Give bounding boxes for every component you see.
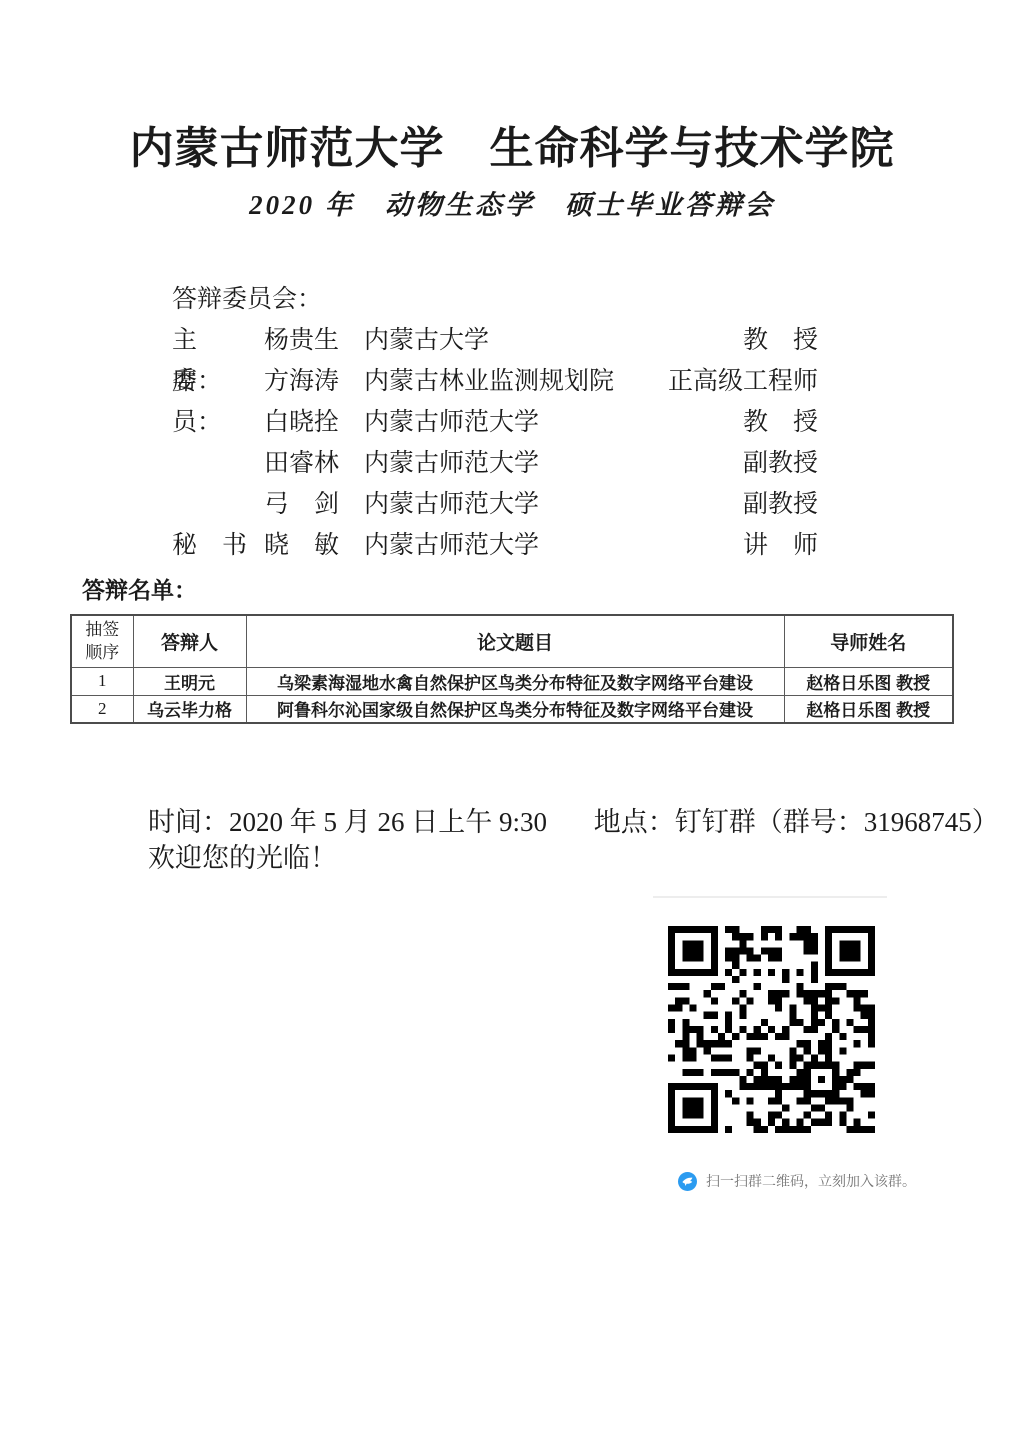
schedule-time: 时间：2020 年 5 月 26 日上午 9:30 (148, 807, 547, 837)
member-name: 弓 剑 (264, 484, 364, 525)
member-role: 委 员： (172, 361, 264, 402)
committee-row: 主 席： 杨贵生 内蒙古大学 教 授 (172, 320, 818, 361)
member-affiliation: 内蒙古师范大学 (364, 402, 614, 443)
cell-thesis-title: 阿鲁科尔沁国家级自然保护区鸟类分布特征及数字网络平台建设 (246, 695, 784, 723)
qr-caption-text: 扫一扫群二维码，立刻加入该群。 (706, 1171, 916, 1191)
welcome-line: 欢迎您的光临！ (148, 840, 337, 876)
roster-header-row: 抽签顺序 答辩人 论文题目 导师姓名 (71, 615, 953, 667)
member-role: 秘 书 (172, 525, 264, 566)
defense-announcement-page: 内蒙古师范大学 生命科学与技术学院 2020 年 动物生态学 硕士毕业答辩会 答… (0, 0, 1024, 1448)
committee-row: 白晓拴 内蒙古师范大学 教 授 (172, 402, 818, 443)
qr-caption-row: 扫一扫群二维码，立刻加入该群。 (678, 1171, 916, 1191)
cell-supervisor: 赵格日乐图 教授 (784, 667, 953, 695)
member-title: 教 授 (614, 402, 818, 443)
schedule-place: 地点：钉钉群（群号：31968745） (594, 807, 999, 837)
member-name: 方海涛 (264, 361, 364, 402)
roster-heading: 答辩名单： (82, 572, 197, 605)
member-affiliation: 内蒙古林业监测规划院 (364, 361, 614, 402)
cell-defender: 乌云毕力格 (133, 695, 246, 723)
member-title: 副教授 (614, 484, 818, 525)
table-row: 1 王明元 乌梁素海湿地水禽自然保护区鸟类分布特征及数字网络平台建设 赵格日乐图… (71, 667, 953, 695)
cell-thesis-title: 乌梁素海湿地水禽自然保护区鸟类分布特征及数字网络平台建设 (246, 667, 784, 695)
member-name: 白晓拴 (264, 402, 364, 443)
member-title: 教 授 (614, 320, 818, 361)
dingtalk-icon (678, 1172, 697, 1191)
committee-section: 答辩委员会： 主 席： 杨贵生 内蒙古大学 教 授 委 员： 方海涛 内蒙古林业… (172, 279, 818, 566)
roster-table: 抽签顺序 答辩人 论文题目 导师姓名 1 王明元 乌梁素海湿地水禽自然保护区鸟类… (70, 614, 954, 724)
committee-row: 田睿林 内蒙古师范大学 副教授 (172, 443, 818, 484)
committee-heading: 答辩委员会： (172, 279, 818, 320)
column-header-thesis-title: 论文题目 (246, 615, 784, 667)
member-affiliation: 内蒙古大学 (364, 320, 614, 361)
member-name: 杨贵生 (264, 320, 364, 361)
cell-draw-order: 2 (71, 695, 133, 723)
member-title: 副教授 (614, 443, 818, 484)
column-header-supervisor: 导师姓名 (784, 615, 953, 667)
member-affiliation: 内蒙古师范大学 (364, 443, 614, 484)
page-title: 内蒙古师范大学 生命科学与技术学院 (0, 120, 1024, 178)
cell-supervisor: 赵格日乐图 教授 (784, 695, 953, 723)
group-qr-code (668, 926, 875, 1133)
member-role (172, 443, 264, 484)
page-subtitle: 2020 年 动物生态学 硕士毕业答辩会 (0, 186, 1024, 224)
member-role (172, 484, 264, 525)
cell-defender: 王明元 (133, 667, 246, 695)
column-header-draw-order: 抽签顺序 (71, 615, 133, 667)
member-name: 田睿林 (264, 443, 364, 484)
member-title: 正高级工程师 (614, 361, 818, 402)
member-affiliation: 内蒙古师范大学 (364, 484, 614, 525)
separator-line (653, 896, 887, 898)
committee-row: 弓 剑 内蒙古师范大学 副教授 (172, 484, 818, 525)
committee-row: 秘 书 晓 敏 内蒙古师范大学 讲 师 (172, 525, 818, 566)
member-role (172, 402, 264, 443)
table-row: 2 乌云毕力格 阿鲁科尔沁国家级自然保护区鸟类分布特征及数字网络平台建设 赵格日… (71, 695, 953, 723)
schedule-line: 时间：2020 年 5 月 26 日上午 9:30 地点：钉钉群（群号：3196… (148, 804, 999, 840)
member-name: 晓 敏 (264, 525, 364, 566)
member-title: 讲 师 (614, 525, 818, 566)
column-header-defender: 答辩人 (133, 615, 246, 667)
member-role: 主 席： (172, 320, 264, 361)
cell-draw-order: 1 (71, 667, 133, 695)
committee-row: 委 员： 方海涛 内蒙古林业监测规划院 正高级工程师 (172, 361, 818, 402)
member-affiliation: 内蒙古师范大学 (364, 525, 614, 566)
